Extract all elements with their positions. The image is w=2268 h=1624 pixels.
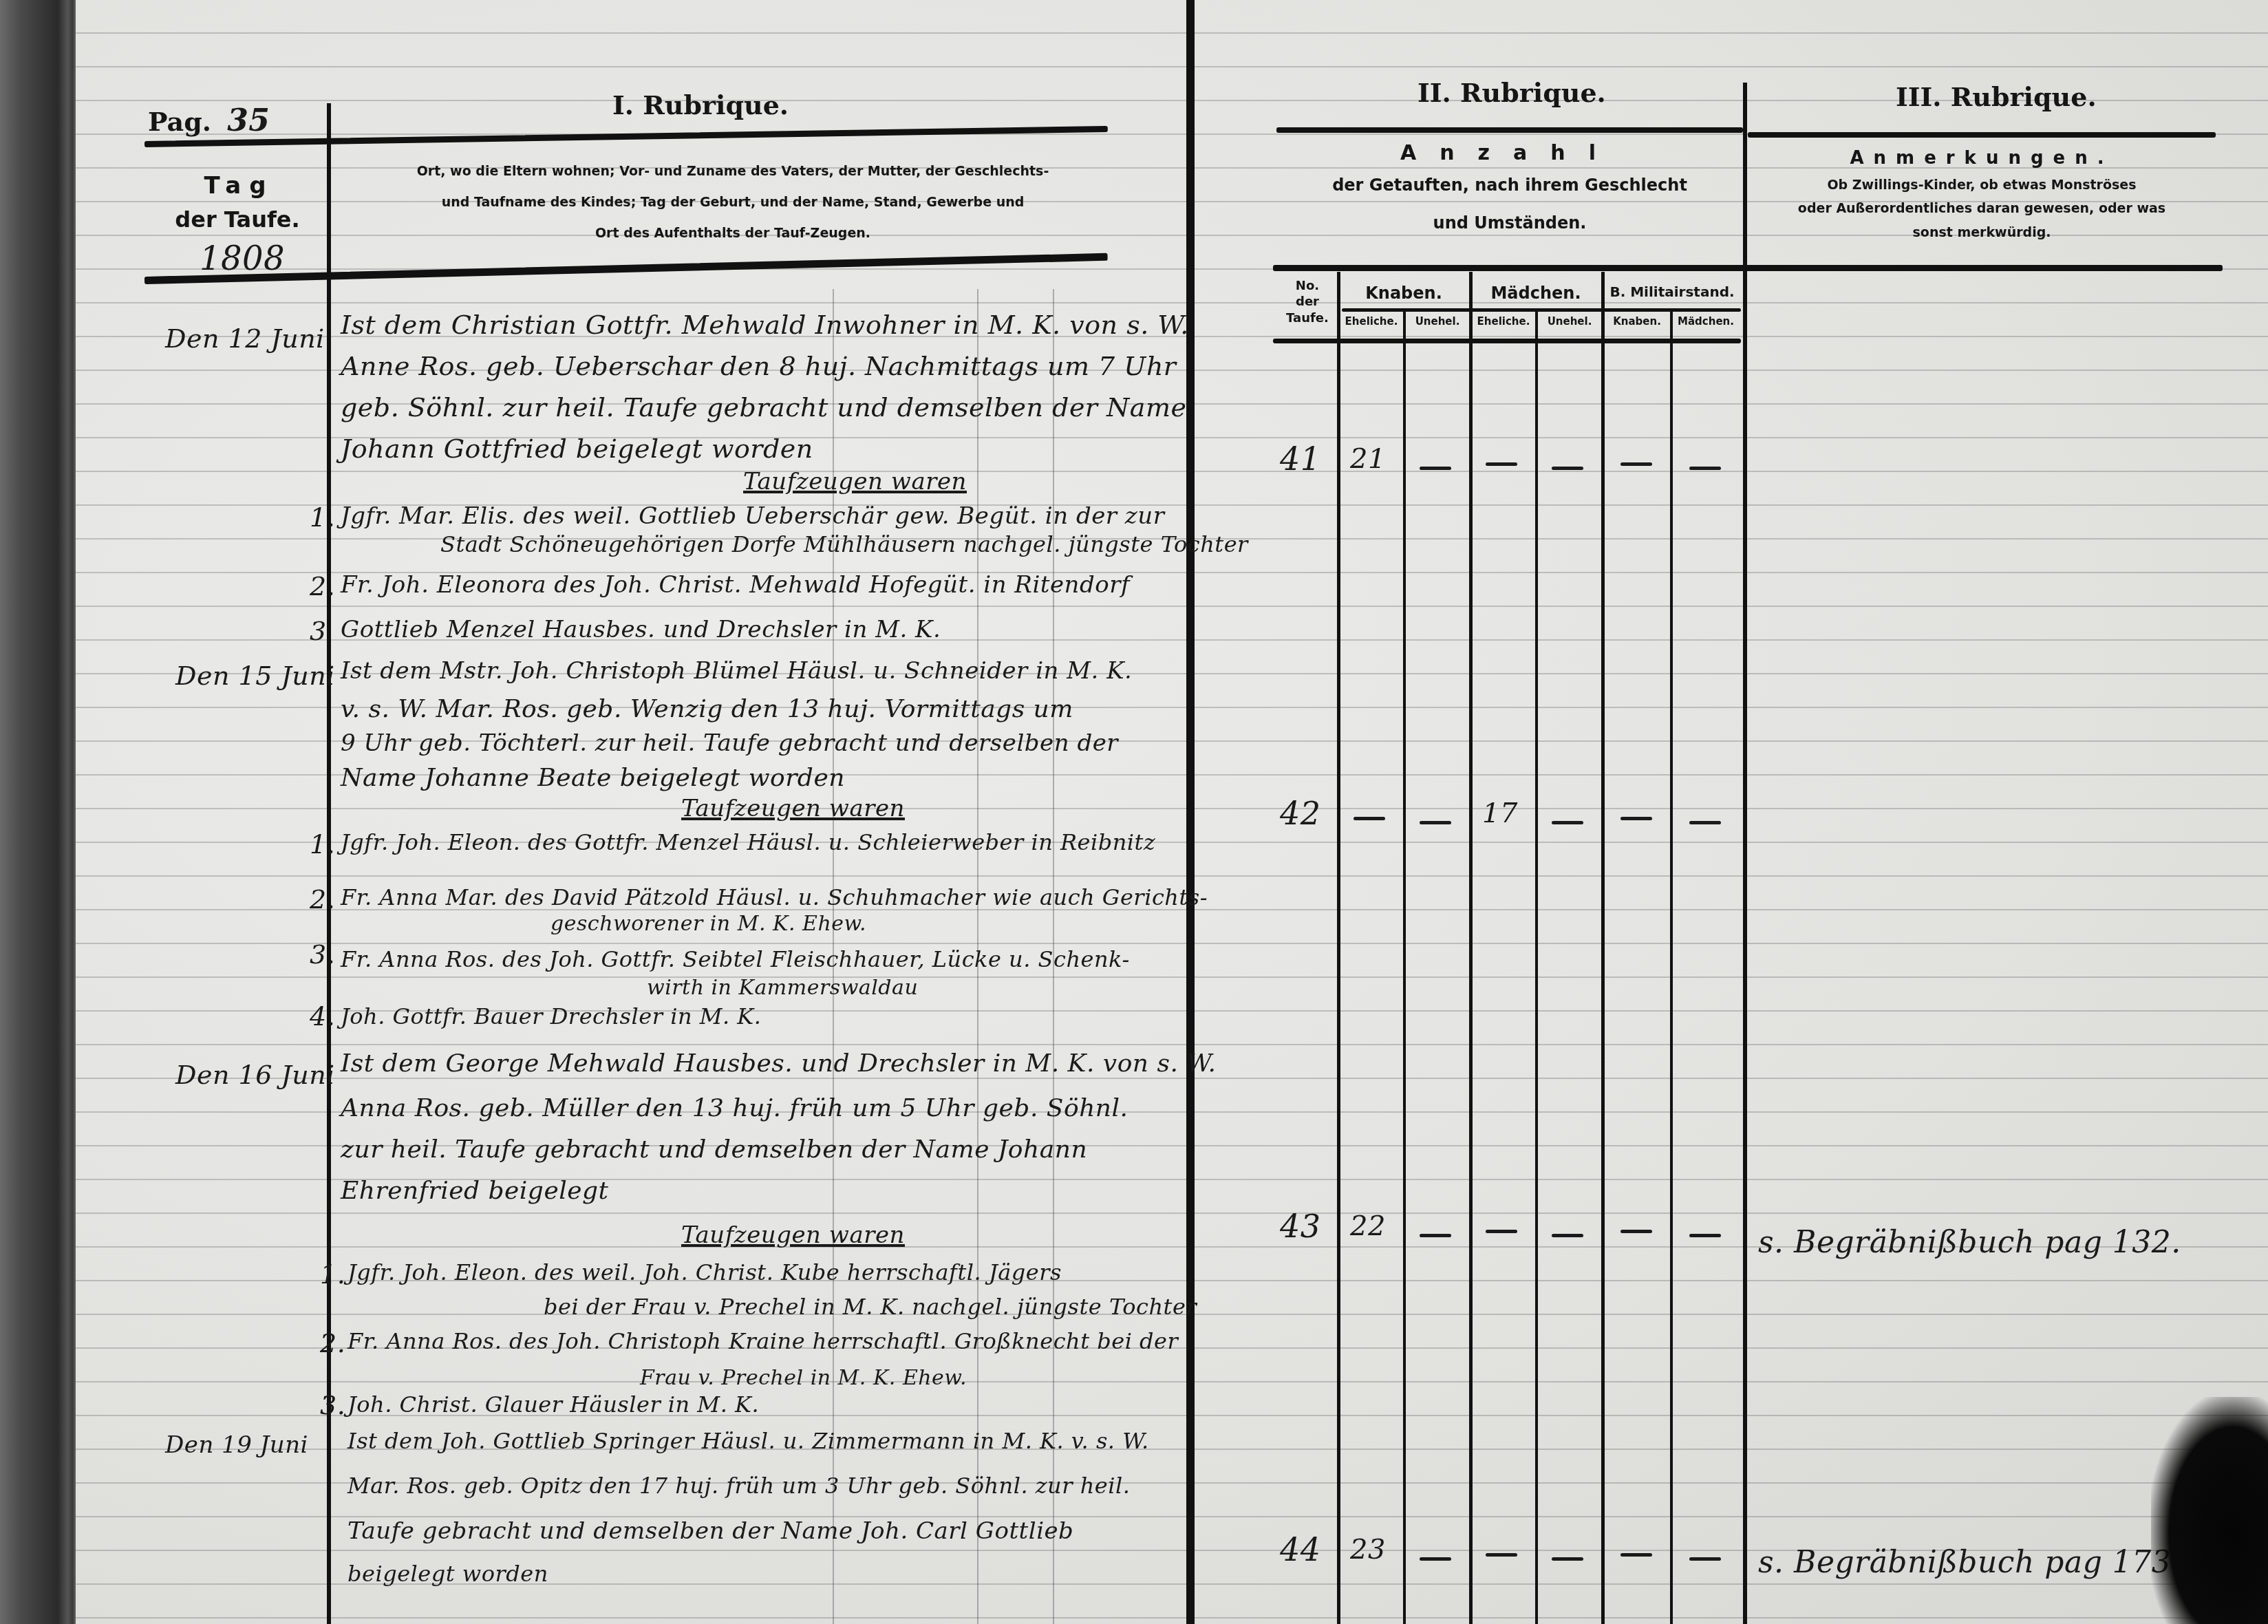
entry-3-line-3: zur heil. Taufe gebracht und demselben d… [341,1135,1087,1164]
entry-3-count-value: 22 [1350,1210,1386,1242]
entry-1-line-2: Anne Ros. geb. Ueberschar den 8 huj. Nac… [341,351,1177,381]
entry-3-count-dash [1552,1234,1583,1237]
entry-2-witness-2-cont: geschworener in M. K. Ehew. [550,912,866,936]
entry-2-witness-3-cont: wirth in Kammerswaldau [647,976,918,1000]
entry-3-line-4: Ehrenfried beigelegt [341,1177,609,1205]
col-no-line2: der [1276,295,1338,309]
rubrique-2-header-bottom-rule [1273,265,2223,271]
entry-4-line-1: Ist dem Joh. Gottlieb Springer Häusl. u.… [347,1428,1149,1454]
entry-3-date: Den 16 Juni [175,1060,335,1090]
register-year: 1808 [200,239,285,278]
entry-1-count-dash [1689,467,1721,470]
rubrique-2-desc-line2: und Umständen. [1276,213,1743,233]
col-militairstand: B. Militairstand. [1603,284,1741,300]
rubrique-3-heading: Anmerkungen. [1748,148,2216,169]
entry-1-witness-2-num: 2. [310,571,335,601]
entry-1-date: Den 12 Juni [165,323,325,354]
entry-1-witness-1-cont: Stadt Schöneugehörigen Dorfe Mühlhäusern… [440,531,1248,557]
entry-2-witness-4: Joh. Gottfr. Bauer Drechsler in M. K. [341,1003,761,1029]
entry-1-witness-2: Fr. Joh. Eleonora des Joh. Christ. Mehwa… [341,571,1130,599]
col-knaben: Knaben. [1338,284,1469,303]
ink-blot [2151,1397,2268,1624]
entry-4-count-dash [1486,1553,1517,1557]
entry-2-witness-2-num: 2. [310,884,335,915]
date-header-line2: der Taufe. [148,206,327,233]
rubrique-2-heading: Anzahl [1276,141,1743,165]
entry-4-count-dash [1620,1553,1652,1557]
entry-3-witness-1: Jgfr. Joh. Eleon. des weil. Joh. Christ.… [347,1259,1062,1285]
entry-2-count-no: 42 [1280,795,1321,832]
entry-1-count-dash [1420,467,1451,470]
entry-1-count-dash [1620,462,1652,466]
col-divider-1 [1337,272,1340,1624]
entry-2-count-dash [1689,821,1721,824]
entry-1-witness-heading: Taufzeugen waren [743,468,967,495]
entry-3-count-dash [1486,1230,1517,1233]
entry-3-witness-heading: Taufzeugen waren [681,1221,905,1249]
entry-4-remark: s. Begräbnißbuch pag 173 [1758,1545,2171,1580]
col-no-line3: Taufe. [1276,311,1338,325]
rubrique-1-title: I. Rubrique. [612,89,789,120]
col-divider-2 [1403,310,1406,1624]
subheader-rule [1342,308,1741,312]
entry-2-witness-1-num: 1. [310,829,335,859]
col-maedchen-unehel: Unehel. [1537,315,1603,328]
col-mil-maedchen: Mädchen. [1671,315,1740,328]
entry-1-count-no: 41 [1280,440,1321,478]
col-mil-knaben: Knaben. [1603,315,1671,328]
entry-3-count-dash [1689,1234,1721,1237]
entry-1-witness-3: Gottlieb Menzel Hausbes. und Drechsler i… [341,616,941,643]
rubrique-3-top-rule [1748,132,2216,138]
entry-4-line-2: Mar. Ros. geb. Opitz den 17 huj. früh um… [347,1473,1130,1499]
rubrique-1-desc-line1: Ort, wo die Eltern wohnen; Vor- und Zuna… [344,164,1122,179]
col-maedchen-ehelich: Eheliche. [1470,315,1537,328]
entry-4-line-3: Taufe gebracht und demselben der Name Jo… [347,1517,1073,1545]
entry-3-witness-1-cont: bei der Frau v. Prechel in M. K. nachgel… [544,1294,1197,1320]
col-divider-4 [1535,310,1538,1624]
entry-2-witness-1: Jgfr. Joh. Eleon. des Gottfr. Menzel Häu… [341,829,1155,855]
entry-2-witness-heading: Taufzeugen waren [681,795,905,822]
entry-2-count-dash [1354,817,1385,820]
entry-4-count-dash [1552,1557,1583,1561]
entry-2-count-dash [1620,817,1652,820]
entry-4-count-dash [1420,1557,1451,1561]
entry-1-line-3: geb. Söhnl. zur heil. Taufe gebracht und… [341,392,1187,423]
entry-1-count-dash [1552,467,1583,470]
entry-1-count-dash [1486,462,1517,466]
entry-3-witness-1-num: 1. [320,1259,345,1290]
entry-2-count-value: 17 [1482,798,1518,829]
col-divider-6 [1670,310,1673,1624]
entry-3-count-dash [1620,1230,1652,1233]
entry-3-witness-2-cont: Frau v. Prechel in M. K. Ehew. [640,1366,967,1390]
rubrique-3-desc-line2: oder Außerordentliches daran gewesen, od… [1748,201,2216,216]
rubrique-3-desc-line3: sonst merkwürdig. [1748,225,2216,240]
book-binding [0,0,83,1624]
col-divider-5 [1601,272,1605,1624]
entry-2-line-3: 9 Uhr geb. Töchterl. zur heil. Taufe geb… [341,729,1118,757]
col-knaben-unehel: Unehel. [1404,315,1470,328]
entry-1-count-value: 21 [1350,443,1386,475]
col-knaben-ehelich: Eheliche. [1338,315,1404,328]
entry-3-count-dash [1420,1234,1451,1237]
entry-2-line-2: v. s. W. Mar. Ros. geb. Wenzig den 13 hu… [341,695,1073,723]
ledger-page [76,0,2268,1624]
entry-1-witness-1: Jgfr. Mar. Elis. des weil. Gottlieb Uebe… [341,502,1164,530]
entry-3-remark: s. Begräbnißbuch pag 132. [1758,1225,2181,1260]
entry-3-line-1: Ist dem George Mehwald Hausbes. und Drec… [341,1049,1217,1078]
entry-1-line-1: Ist dem Christian Gottfr. Mehwald Inwohn… [341,310,1189,340]
entry-2-witness-4-num: 4. [310,1001,335,1032]
page-number: 35 [227,103,270,138]
rubrique-2-title: II. Rubrique. [1417,77,1606,108]
entry-2-witness-2: Fr. Anna Mar. des David Pätzold Häusl. u… [341,884,1208,910]
entry-2-date: Den 15 Juni [175,661,335,691]
entry-1-witness-1-num: 1. [310,502,335,533]
col-divider-3 [1469,272,1473,1624]
entry-4-count-no: 44 [1280,1531,1321,1568]
entry-4-count-dash [1689,1557,1721,1561]
entry-3-line-2: Anna Ros. geb. Müller den 13 huj. früh u… [341,1094,1128,1122]
page-label-text: Pag. [148,106,211,137]
entry-1-witness-3-num: 3 [310,616,327,646]
rubrique-1-desc-line3: Ort des Aufenthalts der Tauf-Zeugen. [344,226,1122,241]
entry-3-witness-3-num: 3. [320,1390,345,1420]
entry-2-count-dash [1420,821,1451,824]
entry-2-line-4: Name Johanne Beate beigelegt worden [341,764,845,792]
entry-4-line-4: beigelegt worden [347,1561,548,1587]
entry-4-count-value: 23 [1350,1534,1386,1566]
col-no-line1: No. [1276,279,1338,293]
entry-2-witness-3: Fr. Anna Ros. des Joh. Gottfr. Seibtel F… [341,946,1130,972]
col-maedchen: Mädchen. [1470,284,1601,303]
page-gutter-line [1186,0,1195,1624]
rubrique-2-top-rule [1276,127,1743,133]
rubrique-3-desc-line1: Ob Zwillings-Kinder, ob etwas Monströses [1748,178,2216,193]
entry-3-count-no: 43 [1280,1208,1321,1245]
entry-2-witness-3-num: 3. [310,939,335,970]
rubrique-2-3-divider [1743,83,1747,1624]
entry-2-count-dash [1552,821,1583,824]
entry-3-witness-2-num: 2. [320,1328,345,1358]
rubrique-1-desc-line2: und Taufname des Kindes; Tag der Geburt,… [344,195,1122,210]
entry-4-date: Den 19 Juni [165,1431,308,1459]
rubrique-2-desc-line1: der Getauften, nach ihrem Geschlecht [1276,175,1743,195]
entry-1-line-4: Johann Gottfried beigelegt worden [341,434,813,464]
entry-3-witness-2: Fr. Anna Ros. des Joh. Christoph Kraine … [347,1328,1178,1354]
date-header-line1: Tag [155,172,323,200]
rubrique-3-title: III. Rubrique. [1896,81,2097,112]
entry-2-line-1: Ist dem Mstr. Joh. Christoph Blümel Häus… [341,657,1132,685]
entry-3-witness-3: Joh. Christ. Glauer Häusler in M. K. [347,1391,759,1418]
page-label: Pag. 35 [148,103,270,138]
